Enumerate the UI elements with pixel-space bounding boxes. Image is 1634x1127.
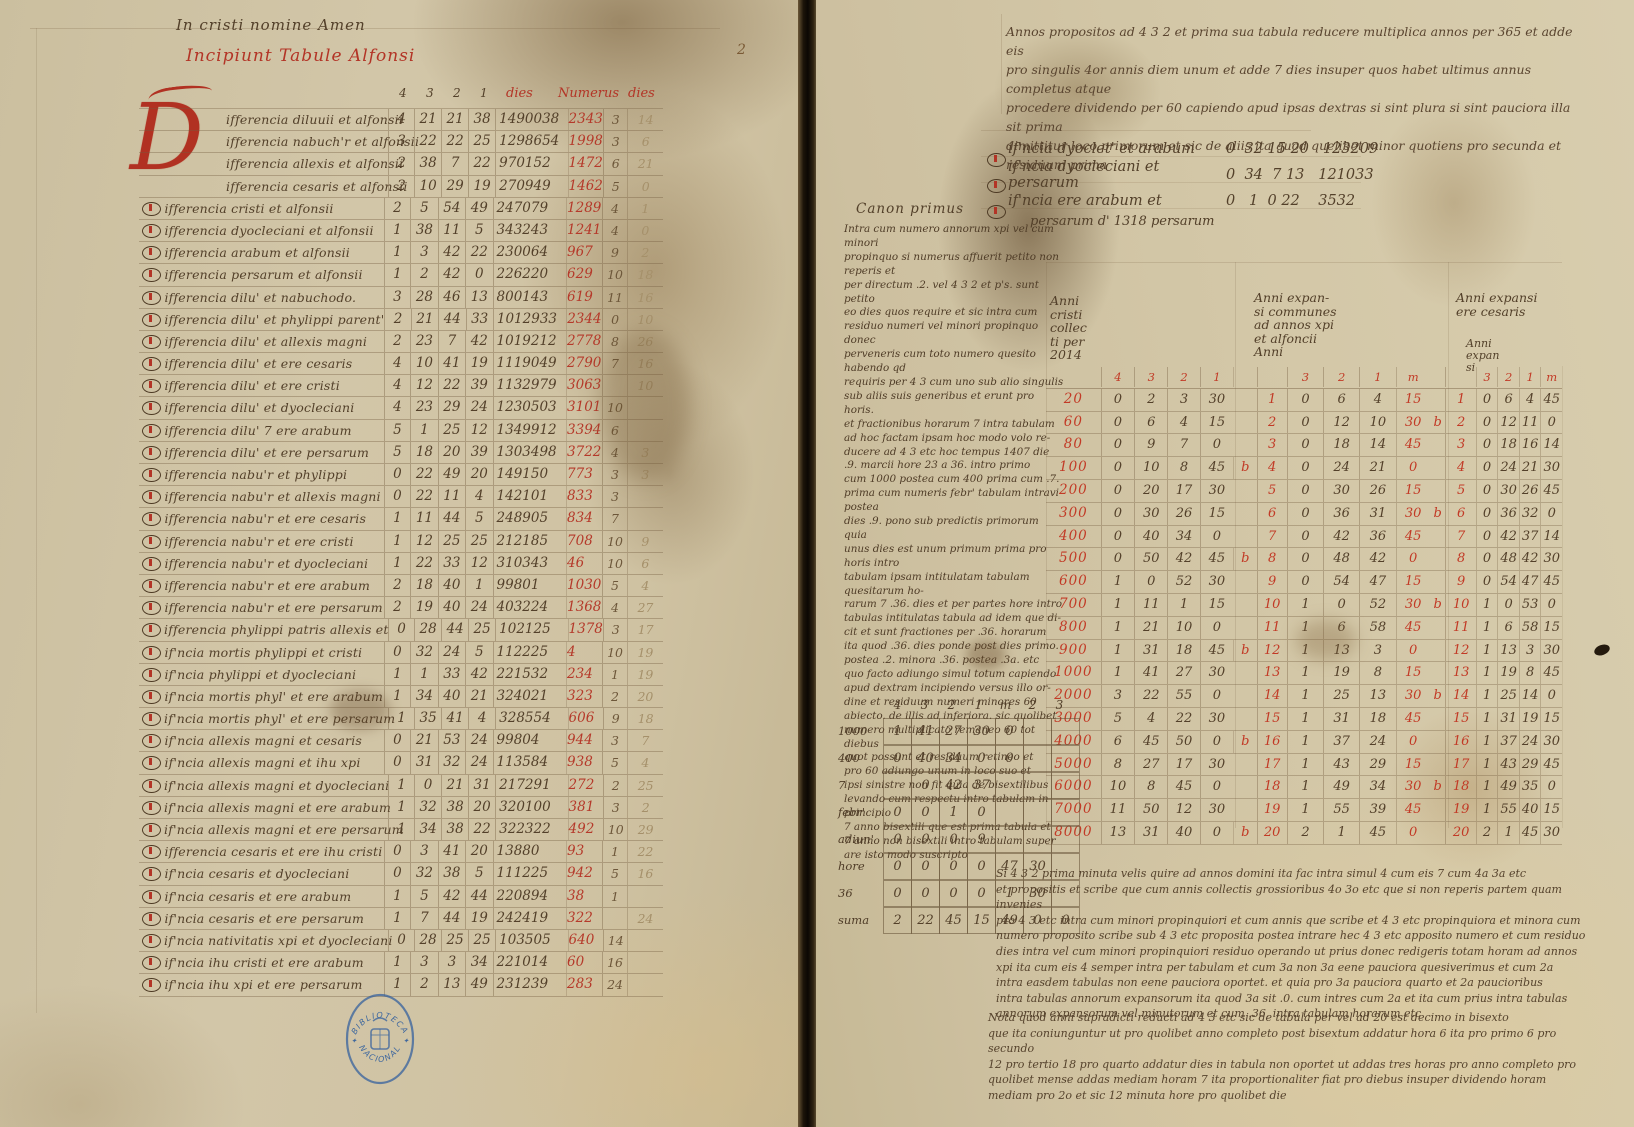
deg3-cell: 38 (410, 220, 437, 241)
pencil-cell: 3 (627, 442, 663, 463)
g1-d: 10 (1101, 776, 1134, 798)
anni-cell: 3394 (566, 420, 602, 441)
deg1-cell: 12 (465, 553, 492, 574)
g3-t: 45 (1540, 480, 1562, 502)
row-label: if'ncia mortis phyl' et ere persarum (164, 708, 388, 729)
dies-cell: 328554 (495, 708, 567, 729)
canon-line: quo facto adiungo simul totum capiendo (844, 668, 1064, 682)
dies-cell: 99801 (493, 575, 567, 596)
anni-cell: 323 (566, 686, 602, 707)
deg3-cell: 23 (410, 397, 437, 418)
year-row: 200 0 20 17 30 5 0 30 26 15 5 0 (1046, 480, 1562, 503)
g2-m: 19 (1323, 662, 1359, 684)
canon-line: apud dextram incipiendo versus illo or- (844, 682, 1064, 696)
ex-cell: 0 (939, 826, 968, 853)
bissextile-mark: b (1430, 412, 1446, 434)
g3-d: 0 (1476, 389, 1498, 411)
deg4-cell: 1 (384, 531, 410, 552)
deg4-cell: 5 (384, 442, 410, 463)
table-row: ifferencia nabuch'r et alfonsii 3 22 22 … (139, 131, 663, 153)
g2-m: 25 (1323, 685, 1359, 707)
canon-line: rarum 7 .36. dies et per partes hore int… (844, 598, 1064, 612)
example-row-label: adiun' (838, 826, 884, 853)
right-page: Annos propositos ad 4 3 2 et prima sua t… (816, 0, 1634, 1127)
deg3-cell: 35 (414, 708, 441, 729)
dies-cell: 403224 (493, 597, 567, 618)
g3-s: 16 (1519, 434, 1541, 456)
initial-d-mark (139, 553, 164, 574)
deg1-cell: 44 (465, 886, 492, 907)
g1-d: 0 (1101, 434, 1134, 456)
initial-d-mark (139, 176, 164, 197)
col-header-dies2: dies (628, 86, 655, 101)
dies-cell: 226220 (493, 264, 567, 285)
initial-d-mark (139, 420, 164, 441)
deg1-cell: 22 (465, 242, 492, 263)
deg2-cell: 25 (441, 930, 468, 951)
dies-cell: 1490038 (495, 109, 567, 130)
row-label: ifferencia dilu' et dyocleciani (164, 397, 383, 418)
header-line: Anni expan- (1254, 291, 1337, 305)
deg4-cell: 1 (384, 553, 410, 574)
g2-d: 0 (1287, 412, 1323, 434)
example-row-label: febr' (838, 799, 884, 826)
small-cell: 10 (602, 642, 627, 663)
small-cell: 6 (602, 420, 627, 441)
expansi-index: 1 (1257, 389, 1287, 411)
g2-s: 29 (1359, 754, 1395, 776)
deg3-cell: 19 (410, 597, 437, 618)
small-cell: 10 (602, 553, 627, 574)
pencil-cell (627, 420, 663, 441)
g3-s: 40 (1519, 799, 1541, 821)
deg4-cell: 3 (384, 287, 410, 308)
example-row-label: hore (838, 853, 884, 880)
g1-t: 30 (1200, 662, 1233, 684)
deg2-cell: 3 (438, 952, 465, 973)
table-row: if'ncia phylippi et dyocleciani 1 1 33 4… (139, 664, 663, 686)
anni-cell: 2790 (566, 353, 602, 374)
initial-d-mark (139, 775, 164, 796)
expansi-index: 6 (1257, 503, 1287, 525)
canon-line: unus dies est unum primum prima pro hori… (844, 543, 1064, 571)
g1-m: 20 (1134, 480, 1167, 502)
pencil-cell: 9 (627, 531, 663, 552)
deg3-cell: 10 (410, 353, 437, 374)
pencil-cell: 6 (627, 553, 663, 574)
g1-m: 31 (1134, 822, 1167, 844)
anni-cell: 1998 (568, 131, 604, 152)
g3-m: 43 (1497, 754, 1519, 776)
g2-frac: 45 (1396, 617, 1430, 639)
deg1-cell: 4 (465, 486, 492, 507)
initial-d-mark (139, 686, 164, 707)
g1-s: 55 (1167, 685, 1199, 707)
canon-line: ad hoc factam ipsam hoc modo volo re- (844, 432, 1064, 446)
g2-frac: 15 (1396, 480, 1430, 502)
ex-cell: 0 (883, 799, 912, 826)
g3-s: 19 (1519, 708, 1541, 730)
anni-cell: 492 (568, 819, 604, 840)
col-header-numerus: Numerus (558, 86, 619, 101)
ex-cell (995, 826, 1024, 853)
g1-d: 1 (1101, 662, 1134, 684)
deg1-cell: 20 (465, 841, 492, 862)
ex-cell: 34 (939, 745, 968, 772)
deg1-cell: 24 (465, 397, 492, 418)
stamp-rosette-icon: ✦ (351, 1037, 358, 1045)
deg3-cell: 32 (414, 797, 441, 818)
deg4-cell: 3 (388, 131, 414, 152)
year-rows: 20 0 2 3 30 1 0 6 4 15 1 0 6 (1046, 389, 1562, 845)
small-cell: 8 (602, 331, 627, 352)
g2-frac: 15 (1396, 662, 1430, 684)
ex-cell: 0 (911, 853, 940, 880)
deg4-cell: 1 (384, 264, 410, 285)
dies-cell: 970152 (495, 153, 567, 174)
initial-d-mark (139, 264, 164, 285)
header-line: et alfoncii (1254, 332, 1337, 346)
table-header-anni-expansi-communes: Anni expan-si communesad annos xpiet alf… (1254, 291, 1337, 359)
dies-cell: 103505 (495, 930, 567, 951)
g3-m: 30 (1497, 480, 1519, 502)
year-row: 3000 5 4 22 30 15 1 31 18 45 15 1 (1046, 708, 1562, 731)
deg4-cell: 2 (384, 331, 410, 352)
ex-cell: 22 (911, 907, 940, 934)
expansi-index: 16 (1257, 731, 1287, 753)
g2-frac: 30 (1396, 503, 1430, 525)
g3-m: 19 (1497, 662, 1519, 684)
deg4-cell: 2 (384, 575, 410, 596)
g3-m: 48 (1497, 548, 1519, 570)
deg3-cell: 21 (411, 309, 438, 330)
deg2-cell: 29 (441, 176, 468, 197)
ex-cell (995, 772, 1024, 799)
g1-s: 1 (1167, 594, 1199, 616)
header-line: ere cesaris (1456, 305, 1537, 319)
g3-s: 53 (1519, 594, 1541, 616)
g1-t: 45 (1200, 640, 1233, 662)
deg4-cell: 0 (384, 642, 410, 663)
subheader-3b: 3 (1287, 367, 1323, 387)
g1-m: 0 (1134, 571, 1167, 593)
pencil-cell: 19 (627, 642, 663, 663)
deg2-cell: 22 (438, 375, 465, 396)
paragraph-line: xpi ita cum eis 4 semper intra per tabul… (996, 960, 1608, 976)
g1-s: 34 (1167, 526, 1199, 548)
g2-d: 1 (1287, 776, 1323, 798)
dies-cell: 13880 (493, 841, 567, 862)
g3-t: 30 (1540, 640, 1562, 662)
g3-m: 6 (1497, 617, 1519, 639)
dies-cell: 112225 (493, 642, 567, 663)
g2-frac: 45 (1396, 526, 1430, 548)
small-cell: 2 (602, 686, 627, 707)
ruled-line (30, 28, 720, 29)
anni-cell: 1030 (566, 575, 602, 596)
g2-m: 1 (1323, 822, 1359, 844)
pencil-cell (627, 486, 663, 507)
g2-m: 6 (1323, 617, 1359, 639)
deg1-cell: 24 (465, 597, 492, 618)
g1-t: 45 (1200, 548, 1233, 570)
small-cell: 3 (602, 464, 627, 485)
canon-line: eo dies quos require et sic intra cum (844, 306, 1064, 320)
g1-m: 22 (1134, 685, 1167, 707)
g3-d: 1 (1476, 640, 1498, 662)
deg2-cell: 7 (438, 331, 465, 352)
small-cell: 11 (602, 287, 627, 308)
ex-cell (1023, 799, 1052, 826)
initial-d-mark (139, 464, 164, 485)
pencil-cell (627, 974, 663, 995)
ex-header: 2 (1019, 698, 1046, 718)
initial-d-mark (139, 886, 164, 907)
small-cell: 2 (603, 775, 627, 796)
row-label: ifferencia dilu' 7 ere arabum (164, 420, 383, 441)
anni-cell: 46 (566, 553, 602, 574)
example-row-label: 1000 (838, 718, 884, 745)
year-row: 8000 13 31 40 0 b 20 2 1 45 0 20 2 (1046, 822, 1562, 845)
g3-t: 0 (1540, 685, 1562, 707)
row-label: ifferencia dilu' et ere cesaris (164, 353, 383, 374)
g3-d: 0 (1476, 571, 1498, 593)
g2-s: 52 (1359, 594, 1395, 616)
paragraph-line: que ita coniunguntur ut pro quolibet ann… (988, 1026, 1588, 1057)
expansi-index: 14 (1257, 685, 1287, 707)
cesaris-index: 14 (1445, 685, 1475, 707)
subheader-1b: 1 (1359, 367, 1395, 387)
row-label: if'ncia cesaris et dyocleciani (164, 863, 383, 884)
g1-s: 7 (1167, 434, 1199, 456)
deg4-cell: 1 (388, 708, 414, 729)
ex-cell: 2 (883, 907, 912, 934)
table-row: ifferencia dilu' et allexis magni 2 23 7… (139, 331, 663, 353)
row-label: ifferencia cristi et alfonsii (164, 198, 383, 219)
deg2-cell: 38 (441, 819, 468, 840)
deg4-cell: 0 (384, 841, 410, 862)
g2-frac: 0 (1396, 548, 1430, 570)
anni-cell: 283 (566, 974, 602, 995)
g1-t: 0 (1200, 822, 1233, 844)
deg4-cell: 1 (384, 886, 410, 907)
anni-cell: 938 (566, 752, 602, 773)
deg1-cell: 12 (465, 420, 492, 441)
ex-cell: 15 (967, 907, 996, 934)
deg4-cell: 0 (388, 619, 414, 640)
row-label: if'ncia allexis magni et ihu xpi (164, 752, 383, 773)
anni-cell: 1472 (568, 153, 604, 174)
bissextile-mark: b (1233, 640, 1257, 662)
spacer (1233, 367, 1257, 387)
g3-t: 45 (1540, 662, 1562, 684)
deg4-cell: 4 (384, 375, 410, 396)
bissextile-mark: b (1430, 685, 1446, 707)
g3-d: 0 (1476, 526, 1498, 548)
header-line: collec (1050, 321, 1087, 335)
g3-t: 0 (1540, 412, 1562, 434)
dies-cell: 324021 (493, 686, 567, 707)
anni-cell: 2778 (566, 331, 602, 352)
year-cell: 500 (1046, 548, 1101, 570)
g2-m: 13 (1323, 640, 1359, 662)
row-label: ifferencia nabu'r et ere cesaris (164, 508, 383, 529)
subheader-1: 1 (1200, 367, 1233, 387)
row-label: if'ncia allexis magni et ere persarum (164, 819, 388, 840)
canon-line: tabulam ipsam intitulatam tabulam quesit… (844, 571, 1064, 599)
g3-d: 1 (1476, 594, 1498, 616)
bissextile-mark: b (1430, 594, 1446, 616)
pencil-cell: 18 (627, 708, 663, 729)
g1-t: 15 (1200, 412, 1233, 434)
table-rule (1562, 366, 1563, 828)
g2-d: 2 (1287, 822, 1323, 844)
deg4-cell: 1 (388, 819, 414, 840)
deg1-cell: 39 (465, 375, 492, 396)
row-label: ifferencia arabum et alfonsii (164, 242, 383, 263)
g2-m: 37 (1323, 731, 1359, 753)
dies-cell: 212185 (493, 531, 567, 552)
deg3-cell: 22 (410, 464, 437, 485)
paragraph-line: Nota quod anni supradicti reducti ad 4 3… (988, 1010, 1588, 1026)
g3-d: 2 (1476, 822, 1498, 844)
deg4-cell: 0 (388, 930, 414, 951)
pencil-cell: 18 (627, 264, 663, 285)
g3-m: 12 (1497, 412, 1519, 434)
pencil-cell (627, 952, 663, 973)
g3-s: 21 (1519, 457, 1541, 479)
anni-cell: 629 (566, 264, 602, 285)
expansi-index: 17 (1257, 754, 1287, 776)
g1-d: 1 (1101, 571, 1134, 593)
g1-s: 17 (1167, 754, 1199, 776)
ex-cell (1051, 718, 1080, 745)
table-row: if'ncia allexis magni et ere arabum 1 32… (139, 797, 663, 819)
deg4-cell: 5 (384, 420, 410, 441)
table-row: if'ncia mortis phylippi et cristi 0 32 2… (139, 642, 663, 664)
folio-mark: 2 (737, 42, 746, 58)
g1-s: 17 (1167, 480, 1199, 502)
deg1-cell: 5 (465, 863, 492, 884)
cesaris-index: 2 (1445, 412, 1475, 434)
deg2-cell: 41 (438, 841, 465, 862)
g3-s: 45 (1519, 822, 1541, 844)
g1-t: 0 (1200, 617, 1233, 639)
ex-cell: 0 (911, 772, 940, 799)
deg3-cell: 0 (414, 775, 441, 796)
table-row: ifferencia nabu'r et ere persarum 2 19 4… (139, 597, 663, 619)
g2-d: 1 (1287, 594, 1323, 616)
ex-cell: 0 (911, 880, 940, 907)
subheader-2: 2 (1167, 367, 1199, 387)
ex-header: 1 (965, 698, 992, 718)
year-row: 800 1 21 10 0 11 1 6 58 45 11 1 (1046, 617, 1562, 640)
col-header-2: 2 (453, 86, 461, 100)
deg4-cell: 4 (384, 353, 410, 374)
ex-cell: 0 (911, 799, 940, 826)
deg1-cell: 19 (465, 353, 492, 374)
margin-line (1001, 14, 1002, 114)
ex-cell: 0 (939, 880, 968, 907)
small-cell (602, 908, 627, 929)
cesaris-index: 3 (1445, 434, 1475, 456)
small-cell: 4 (602, 198, 627, 219)
deg1-cell: 42 (465, 664, 492, 685)
deg1-cell: 33 (466, 309, 493, 330)
margin-line (36, 28, 37, 1013)
deg2-cell: 25 (438, 420, 465, 441)
pencil-cell: 24 (627, 908, 663, 929)
g3-s: 35 (1519, 776, 1541, 798)
initial-d-mark (139, 153, 164, 174)
deg2-cell: 38 (438, 863, 465, 884)
example-row: adiun' 0 0 0 9 (838, 826, 1080, 853)
g3-t: 30 (1540, 548, 1562, 570)
g2-s: 26 (1359, 480, 1395, 502)
deg2-cell: 40 (438, 597, 465, 618)
g3-s: 47 (1519, 571, 1541, 593)
ex-cell (1023, 718, 1052, 745)
pencil-cell: 20 (627, 686, 663, 707)
dies-cell: 102125 (495, 619, 567, 640)
header-line: 2014 (1050, 348, 1087, 362)
g2-frac: 0 (1396, 822, 1430, 844)
row-label: ifferencia dilu' et ere persarum (164, 442, 383, 463)
table-row: ifferencia dilu' et ere cesaris 4 10 41 … (139, 353, 663, 375)
g1-s: 52 (1167, 571, 1199, 593)
pencil-cell: 22 (627, 841, 663, 862)
deg3-cell: 21 (414, 109, 441, 130)
cesaris-index: 8 (1445, 548, 1475, 570)
row-label: ifferencia nabu'r et phylippi (164, 464, 383, 485)
year-cell: 800 (1046, 617, 1101, 639)
table-row: if'ncia ihu cristi et ere arabum 1 3 3 3… (139, 952, 663, 974)
difference-label: if'ncia dyocleciani et persarum (1008, 159, 1226, 191)
g2-s: 13 (1359, 685, 1395, 707)
deg4-cell: 0 (384, 752, 410, 773)
initial-d-mark (139, 619, 164, 640)
subheader-m: m (1396, 367, 1430, 387)
paragraph-line: intra easdem tabulas non eene pauciora o… (996, 975, 1608, 991)
small-cell: 1 (602, 664, 627, 685)
initial-d-mark (139, 198, 164, 219)
small-cell: 4 (602, 597, 627, 618)
g1-m: 8 (1134, 776, 1167, 798)
g2-m: 30 (1323, 480, 1359, 502)
difference-label: if'ncia ere arabum et (1008, 193, 1226, 209)
g3-t: 15 (1540, 617, 1562, 639)
year-row: 500 0 50 42 45 b 8 0 48 42 0 8 0 (1046, 548, 1562, 571)
g1-s: 12 (1167, 799, 1199, 821)
g1-m: 50 (1134, 799, 1167, 821)
deg3-cell: 1 (410, 420, 437, 441)
ex-cell (883, 772, 912, 799)
dies-cell: 248905 (493, 508, 567, 529)
g2-d: 0 (1287, 389, 1323, 411)
g3-m: 1 (1497, 822, 1519, 844)
canon-line: ducere ad 4 3 etc hoc tempus 1407 die (844, 446, 1064, 460)
initial-d-mark (139, 664, 164, 685)
cesaris-index: 1 (1445, 389, 1475, 411)
g1-m: 27 (1134, 754, 1167, 776)
g3-t: 0 (1540, 776, 1562, 798)
g1-s: 10 (1167, 617, 1199, 639)
subheader-3c: 3 (1476, 367, 1498, 387)
paragraph-line: pro singulis 4or annis diem unum et adde… (1006, 60, 1581, 98)
paragraph-line: 12 pro tertio 18 pro quarto addatur dies… (988, 1057, 1588, 1073)
g1-t: 15 (1200, 594, 1233, 616)
expansi-index: 9 (1257, 571, 1287, 593)
